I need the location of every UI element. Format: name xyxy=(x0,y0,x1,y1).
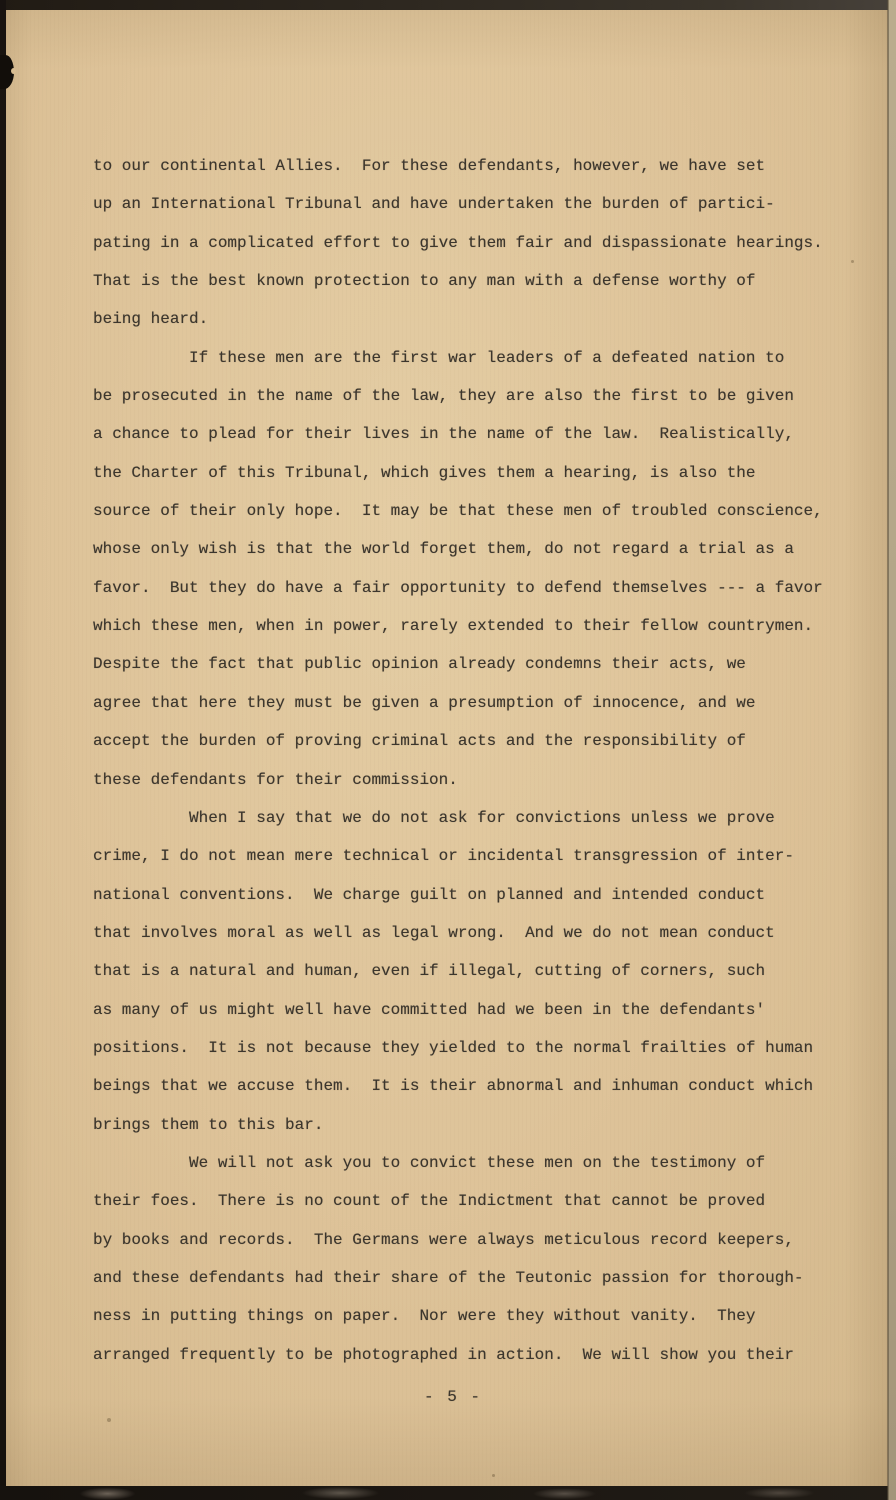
text-line: When I say that we do not ask for convic… xyxy=(93,799,835,837)
text-line: that involves moral as well as legal wro… xyxy=(93,914,835,952)
text-line: accept the burden of proving criminal ac… xyxy=(93,722,835,760)
text-line: by books and records. The Germans were a… xyxy=(93,1221,835,1259)
text-line: If these men are the first war leaders o… xyxy=(93,339,835,377)
text-line: beings that we accuse them. It is their … xyxy=(93,1067,835,1105)
text-line: to our continental Allies. For these def… xyxy=(93,147,835,185)
text-line: ness in putting things on paper. Nor wer… xyxy=(93,1297,835,1335)
paper-speck xyxy=(492,1474,495,1477)
text-line: national conventions. We charge guilt on… xyxy=(93,876,835,914)
scan-edge-right xyxy=(888,0,896,1500)
scan-edge-top xyxy=(0,0,896,10)
text-line: as many of us might well have committed … xyxy=(93,991,835,1029)
text-line: these defendants for their commission. xyxy=(93,761,835,799)
text-line: pating in a complicated effort to give t… xyxy=(93,224,835,262)
text-line: that is a natural and human, even if ill… xyxy=(93,952,835,990)
paper-speck xyxy=(107,1418,111,1422)
text-line: source of their only hope. It may be tha… xyxy=(93,492,835,530)
scanned-page: to our continental Allies. For these def… xyxy=(0,0,896,1500)
text-line: agree that here they must be given a pre… xyxy=(93,684,835,722)
text-line: whose only wish is that the world forget… xyxy=(93,530,835,568)
text-line: being heard. xyxy=(93,300,835,338)
text-line: positions. It is not because they yielde… xyxy=(93,1029,835,1067)
text-line: brings them to this bar. xyxy=(93,1106,835,1144)
text-line: favor. But they do have a fair opportuni… xyxy=(93,569,835,607)
text-line: crime, I do not mean mere technical or i… xyxy=(93,837,835,875)
text-line: a chance to plead for their lives in the… xyxy=(93,415,835,453)
text-line: Despite the fact that public opinion alr… xyxy=(93,645,835,683)
text-line: That is the best known protection to any… xyxy=(93,262,835,300)
text-line: be prosecuted in the name of the law, th… xyxy=(93,377,835,415)
text-line: the Charter of this Tribunal, which give… xyxy=(93,454,835,492)
scan-edge-bottom xyxy=(0,1486,896,1500)
scan-edge-left xyxy=(0,0,6,1500)
text-line: We will not ask you to convict these men… xyxy=(93,1144,835,1182)
scan-edge-right-line xyxy=(887,0,889,1500)
text-line: their foes. There is no count of the Ind… xyxy=(93,1182,835,1220)
text-line: which these men, when in power, rarely e… xyxy=(93,607,835,645)
paper-speck xyxy=(851,260,854,263)
text-line: up an International Tribunal and have un… xyxy=(93,185,835,223)
document-body: to our continental Allies. For these def… xyxy=(93,147,835,1374)
text-line: and these defendants had their share of … xyxy=(93,1259,835,1297)
text-line: arranged frequently to be photographed i… xyxy=(93,1336,835,1374)
page-number: - 5 - xyxy=(93,1388,813,1406)
